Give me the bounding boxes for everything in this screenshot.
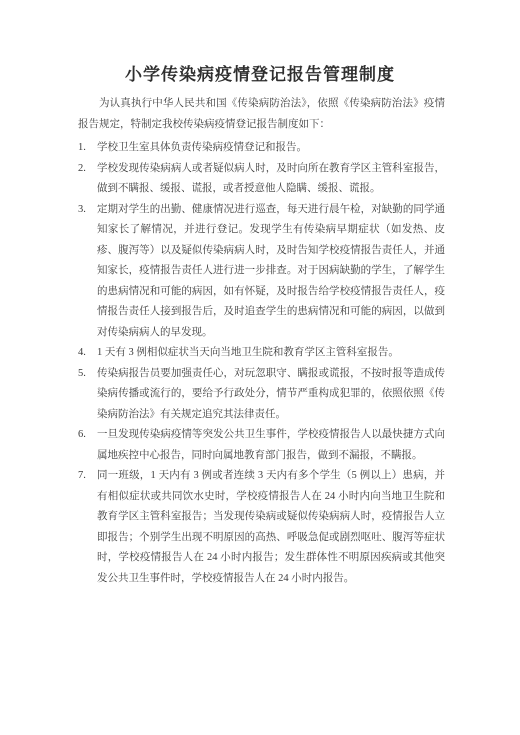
list-item: 1. 学校卫生室具体负责传染病疫情登记和报告。 [78, 138, 445, 159]
rule-list: 1. 学校卫生室具体负责传染病疫情登记和报告。 2. 学校发现传染病病人或者疑似… [78, 138, 445, 589]
list-item-number: 7. [78, 466, 97, 487]
list-item-number: 5. [78, 364, 97, 385]
list-item: 6. 一旦发现传染病疫情等突发公共卫生事件，学校疫情报告人以最快捷方式向属地疾控… [78, 425, 445, 466]
list-item: 2. 学校发现传染病病人或者疑似病人时，及时向所在教育学区主管科室报告，做到不瞒… [78, 159, 445, 200]
list-item-text: 一旦发现传染病疫情等突发公共卫生事件，学校疫情报告人以最快捷方式向属地疾控中心报… [97, 425, 445, 466]
document-body: 为认真执行中华人民共和国《传染病防治法》，依照《传染病防治法》疫情报告规定，特制… [78, 94, 445, 589]
list-item-text: 1 天有 3 例相似症状当天向当地卫生院和教育学区主管科室报告。 [97, 343, 445, 364]
list-item-number: 2. [78, 159, 97, 180]
list-item: 5. 传染病报告员要加强责任心，对玩忽职守、瞒报或谎报，不按时报等造成传染病传播… [78, 364, 445, 426]
page-title: 小学传染病疫情登记报告管理制度 [0, 0, 520, 85]
list-item: 3. 定期对学生的出勤、健康情况进行巡查，每天进行晨午检，对缺勤的同学通知家长了… [78, 200, 445, 344]
document-page: 小学传染病疫情登记报告管理制度 为认真执行中华人民共和国《传染病防治法》，依照《… [0, 0, 520, 735]
list-item-text: 同一班级，1 天内有 3 例或者连续 3 天内有多个学生（5 例以上）患病，并有… [97, 466, 445, 589]
list-item-number: 1. [78, 138, 97, 159]
list-item-number: 6. [78, 425, 97, 446]
list-item-text: 定期对学生的出勤、健康情况进行巡查，每天进行晨午检，对缺勤的同学通知家长了解情况… [97, 200, 445, 344]
list-item-number: 4. [78, 343, 97, 364]
list-item-text: 传染病报告员要加强责任心，对玩忽职守、瞒报或谎报，不按时报等造成传染病传播或流行… [97, 364, 445, 426]
list-item: 4. 1 天有 3 例相似症状当天向当地卫生院和教育学区主管科室报告。 [78, 343, 445, 364]
intro-paragraph: 为认真执行中华人民共和国《传染病防治法》，依照《传染病防治法》疫情报告规定，特制… [78, 94, 445, 135]
list-item-text: 学校卫生室具体负责传染病疫情登记和报告。 [97, 138, 445, 159]
list-item: 7. 同一班级，1 天内有 3 例或者连续 3 天内有多个学生（5 例以上）患病… [78, 466, 445, 589]
list-item-number: 3. [78, 200, 97, 221]
list-item-text: 学校发现传染病病人或者疑似病人时，及时向所在教育学区主管科室报告，做到不瞒报、缓… [97, 159, 445, 200]
